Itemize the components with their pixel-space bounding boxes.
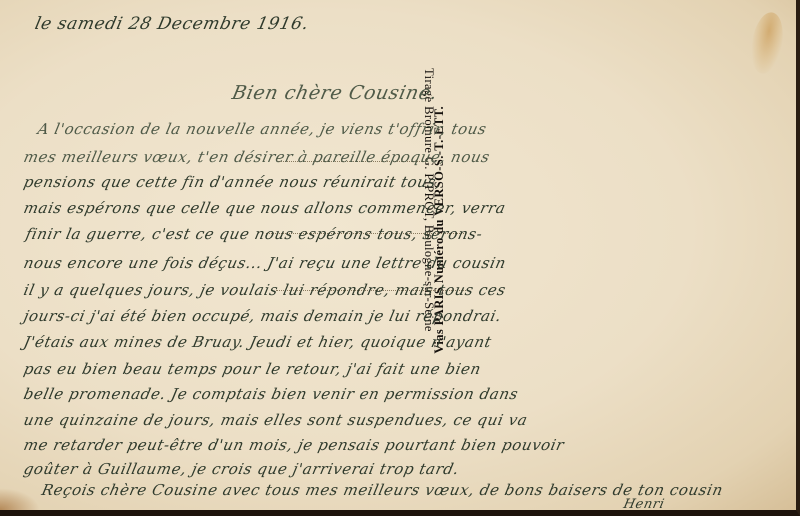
salutation: Bien chère Cousine. bbox=[230, 82, 440, 104]
body-line: jours-ci j'ai été bien occupé, mais dema… bbox=[22, 307, 503, 325]
body-line: goûter à Guillaume, je crois que j'arriv… bbox=[22, 460, 461, 478]
signature: Henri bbox=[622, 497, 666, 512]
body-line: finir la guerre, c'est ce que nous espér… bbox=[24, 225, 484, 243]
postcard: Tirage Bromure G. PIPROT, Boulogne-sur-S… bbox=[0, 0, 800, 516]
closing-line: Reçois chère Cousine avec tous mes meill… bbox=[40, 481, 725, 499]
body-line: il y a quelques jours, je voulais lui ré… bbox=[22, 281, 508, 299]
date-line: le samedi 28 Decembre 1916. bbox=[33, 14, 311, 34]
body-line: me retarder peut-être d'un mois, je pens… bbox=[22, 436, 566, 454]
foxing-stain bbox=[747, 10, 787, 76]
body-line: A l'occasion de la nouvelle année, je vi… bbox=[36, 120, 488, 138]
body-line: J'étais aux mines de Bruay. Jeudi et hie… bbox=[22, 333, 493, 351]
body-line: nous encore une fois déçus... J'ai reçu … bbox=[22, 254, 508, 272]
corner-wear bbox=[0, 488, 40, 510]
body-line: mais espérons que celle que nous allons … bbox=[22, 199, 507, 217]
body-line: une quinzaine de jours, mais elles sont … bbox=[22, 411, 529, 429]
body-line: mes meilleurs vœux, t'en désirer à parei… bbox=[22, 148, 492, 166]
body-line: pensions que cette fin d'année nous réun… bbox=[22, 173, 443, 191]
body-line: belle promenade. Je comptais bien venir … bbox=[22, 385, 520, 403]
body-line: pas eu bien beau temps pour le retour, j… bbox=[22, 360, 483, 378]
